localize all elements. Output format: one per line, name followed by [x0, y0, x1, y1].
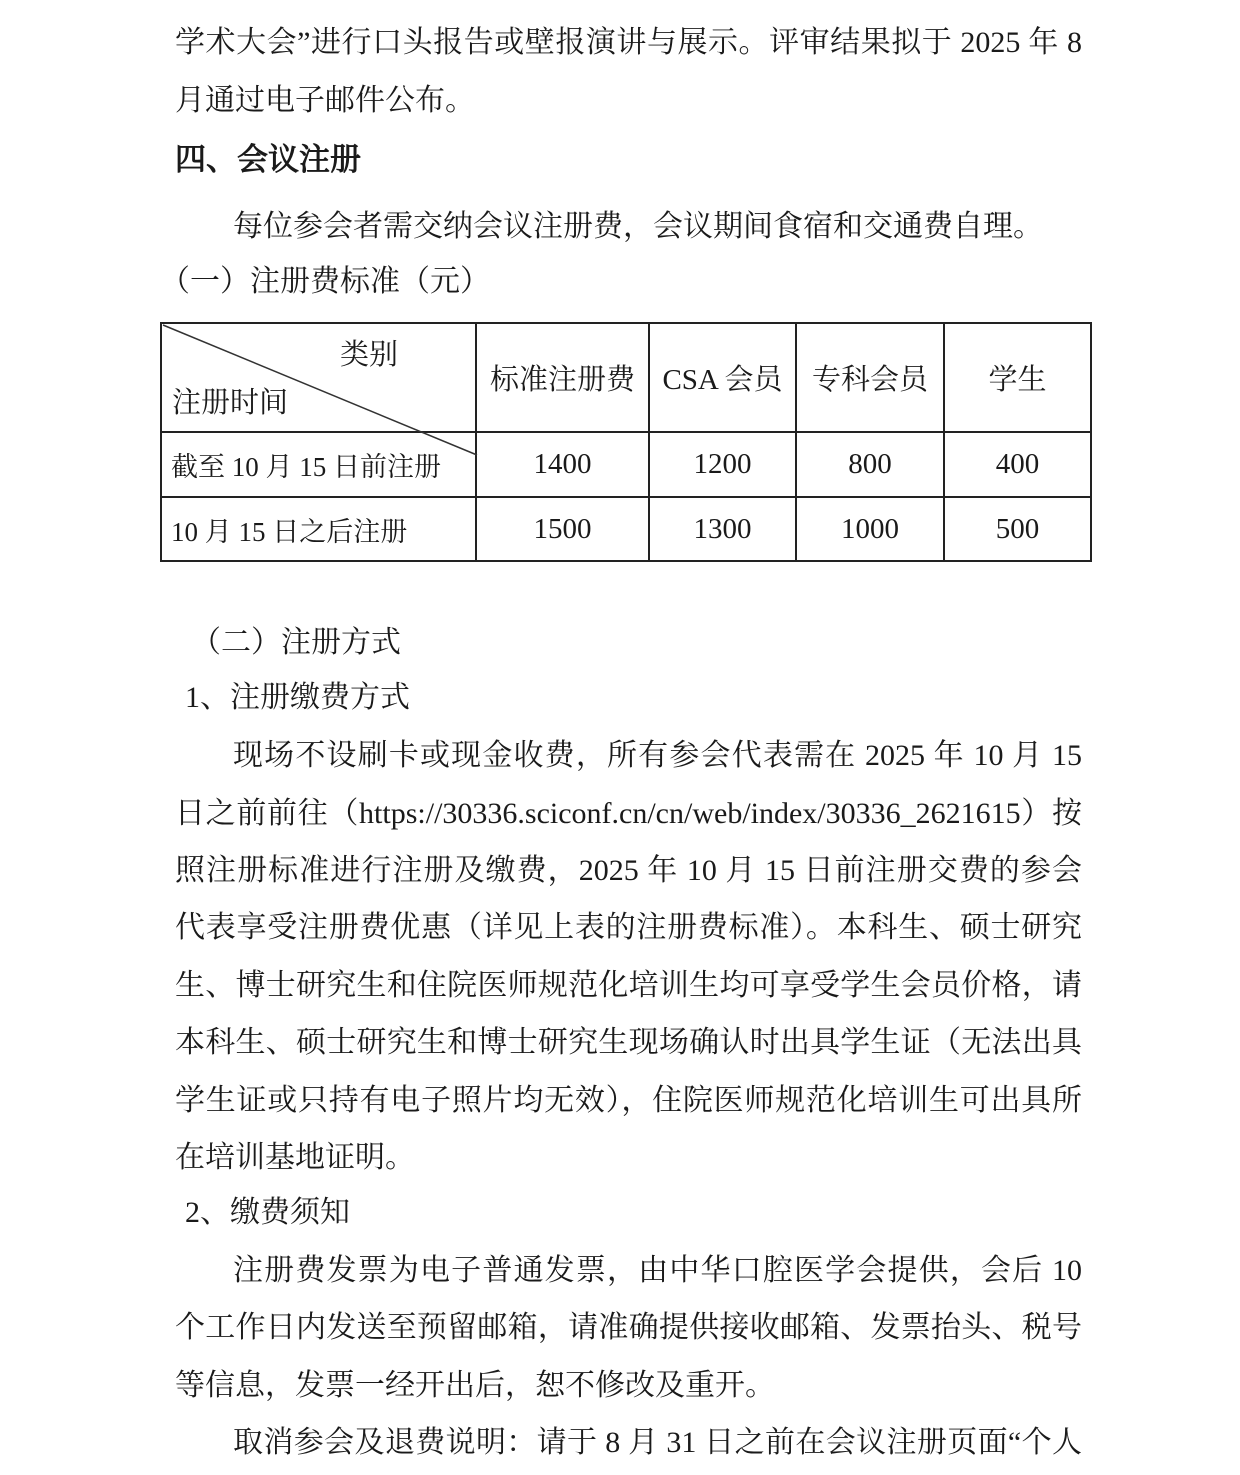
paragraph-line: 现场不设刷卡或现金收费，所有参会代表需在 2025 年 10 月 15 [175, 736, 1082, 776]
fee-value: 1400 [477, 433, 650, 498]
fee-value: 500 [945, 498, 1090, 560]
subsection-title-fee-standard: （一）注册费标准（元） [160, 262, 1067, 302]
paragraph-line: 生、博士研究生和住院医师规范化培训生均可享受学生会员价格，请 [175, 966, 1082, 1006]
body-line: 学术大会”进行口头报告或壁报演讲与展示。评审结果拟于 2025 年 8 [175, 23, 1082, 63]
fee-value: 400 [945, 433, 1090, 498]
paragraph-line: 学生证或只持有电子照片均无效），住院医师规范化培训生可出具所 [175, 1081, 1082, 1121]
paragraph-line-url: 日之前前往（https://30336.sciconf.cn/cn/web/in… [175, 794, 1082, 834]
corner-time-label: 注册时间 [172, 380, 288, 421]
paragraph-line: 等信息，发票一经开出后，恕不修改及重开。 [175, 1366, 1082, 1406]
fee-value: 1500 [477, 498, 650, 560]
paragraph-line: 个工作日内发送至预留邮箱，请准确提供接收邮箱、发票抬头、税号 [175, 1308, 1082, 1348]
subsection-title-registration-method: （二）注册方式 [191, 623, 1098, 663]
fee-value: 1300 [650, 498, 797, 560]
column-header: 专科会员 [797, 324, 945, 433]
numbered-item-title: 1、注册缴费方式 [185, 678, 1092, 718]
paragraph-line: 在培训基地证明。 [175, 1138, 1082, 1178]
fee-value: 800 [797, 433, 945, 498]
paragraph-line: 注册费发票为电子普通发票，由中华口腔医学会提供，会后 10 [175, 1251, 1082, 1291]
paragraph-line: 照注册标准进行注册及缴费，2025 年 10 月 15 日前注册交费的参会 [175, 851, 1082, 891]
paragraph-line: 代表享受注册费优惠（详见上表的注册费标准）。本科生、硕士研究 [175, 908, 1082, 948]
fee-value: 1000 [797, 498, 945, 560]
numbered-item-title: 2、缴费须知 [185, 1193, 1092, 1233]
fee-table: 类别 注册时间 标准注册费 CSA 会员 专科会员 学生 截至 10 月 15 … [160, 322, 1092, 562]
row-label: 10 月 15 日之后注册 [162, 498, 477, 560]
corner-category-label: 类别 [340, 332, 398, 373]
table-corner-cell: 类别 注册时间 [162, 324, 477, 433]
document-page: 学术大会”进行口头报告或壁报演讲与展示。评审结果拟于 2025 年 8 月通过电… [0, 0, 1240, 1475]
paragraph-line: 本科生、硕士研究生和博士研究生现场确认时出具学生证（无法出具 [175, 1023, 1082, 1063]
body-line: 月通过电子邮件公布。 [175, 81, 1082, 121]
column-header: 学生 [945, 324, 1090, 433]
section-heading: 四、会议注册 [175, 140, 1082, 180]
fee-value: 1200 [650, 433, 797, 498]
intro-line: 每位参会者需交纳会议注册费，会议期间食宿和交通费自理。 [175, 207, 1082, 247]
row-label: 截至 10 月 15 日前注册 [162, 433, 477, 498]
column-header: CSA 会员 [650, 324, 797, 433]
paragraph-line: 取消参会及退费说明：请于 8 月 31 日之前在会议注册页面“个人 [175, 1423, 1082, 1463]
column-header: 标准注册费 [477, 324, 650, 433]
